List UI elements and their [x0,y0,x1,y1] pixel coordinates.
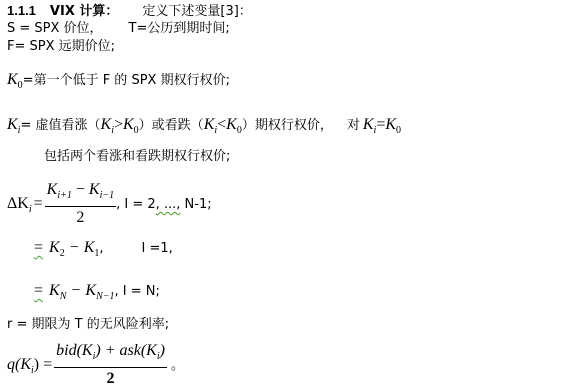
q-denominator: 2 [54,368,167,390]
row2-minus: − [70,239,79,256]
delta-k-fraction: Ki+1−Ki−12 [45,180,116,229]
rate-text: r = 期限为 T 的无风险利率; [7,317,169,332]
k0-text: =第一个低于 F 的 SPX 期权行权价; [23,73,230,88]
ki-note-text: 包括两个看涨和看跌期权行权价; [44,149,230,164]
ki-text-otm-put: ）或看跌（ [139,118,204,133]
f-definition: F= SPX 远期价位; [7,39,115,55]
section-title: VIX 计算： [50,4,118,19]
row2-equals: = [34,239,43,256]
ki-equals: = [20,118,31,133]
num-k-a-sub: i+1 [57,190,72,201]
ki-text-for: 对 [347,118,360,133]
eq-k: K [363,116,374,133]
num-k-b: K [89,181,100,198]
denominator: 2 [45,207,116,229]
rate-definition: r = 期限为 T 的无风险利率; [7,317,169,333]
cond2-operator: < [217,116,226,133]
row2-k2: K [49,239,60,256]
delta-k-formula: ΔKi=Ki+1−Ki−12, I = 2, ..., N-1; [7,180,212,229]
ki-text-otm-call: 虚值看涨（ [36,118,101,133]
k0-symbol: K [7,71,18,88]
delta-k-lhs: ΔK [7,195,29,212]
row3-kn-sub: N [60,291,67,302]
row3-condition: , I = N; [115,284,160,299]
num-k-a: K [47,181,58,198]
eq-k0: K [385,116,396,133]
k0-definition: K0=第一个低于 F 的 SPX 期权行权价; [7,72,230,94]
q-num-ask: ) + ask(K [95,342,156,359]
q-num-close: ) [160,342,165,359]
q-fraction: bid(Ki) + ask(Ki)2 [54,341,167,390]
delta-k-lhs-sub: i [29,204,32,215]
ki-note: 包括两个看涨和看跌期权行权价; [44,149,230,165]
eq-operator: = [376,116,385,133]
row2-condition: I =1, [142,241,173,256]
cond2-k: K [204,116,215,133]
delta-k-condition: , I = 2 [116,197,156,212]
row3-kn: K [49,282,60,299]
q-lhs-close: ) = [34,356,52,373]
section-definition: 定义下述变量[3]： [142,4,251,19]
row3-minus: − [71,282,80,299]
delta-k-row3: =KN−KN−1, I = N; [34,283,160,305]
row2-k2-sub: 2 [60,248,65,259]
delta-k-row2: =K2−K1,I =1, [34,240,173,262]
t-definition: T=公历到期时间; [129,21,230,36]
s-definition: S = SPX 价位， [7,21,103,36]
ellipsis-spellcheck: , ..., [156,197,181,212]
row3-equals: = [34,282,43,299]
cond1-k0: K [123,116,134,133]
cond1-k: K [101,116,112,133]
num-k-b-sub: i−1 [100,190,115,201]
cond2-k0: K [226,116,237,133]
ki-symbol: K [7,116,18,133]
ki-definition: Ki= 虚值看涨（Ki>K0）或看跌（Ki<K0）期权行权价，对Ki=K0 [7,117,401,139]
q-formula: q(Ki) =bid(Ki) + ask(Ki)2。 [7,341,184,390]
ki-text-strike: ）期权行权价， [242,118,333,133]
delta-k-equals: = [34,195,43,212]
row3-kn1: K [85,282,96,299]
row2-k1: K [84,239,95,256]
cond1-operator: > [114,116,123,133]
f-definition-text: F= SPX 远期价位; [7,39,115,54]
section-heading: 1.1.1VIX 计算：定义下述变量[3]： [7,3,252,20]
eq-k0-sub: 0 [396,125,401,136]
q-period: 。 [171,358,184,373]
num-minus: − [76,181,85,198]
delta-k-condition-end: N-1; [180,197,211,212]
s-t-definition: S = SPX 价位，T=公历到期时间; [7,21,230,37]
q-num-bid: bid(K [56,342,92,359]
q-lhs: q(K [7,356,31,373]
row3-kn1-sub: N−1 [96,291,114,302]
section-number: 1.1.1 [7,3,36,18]
